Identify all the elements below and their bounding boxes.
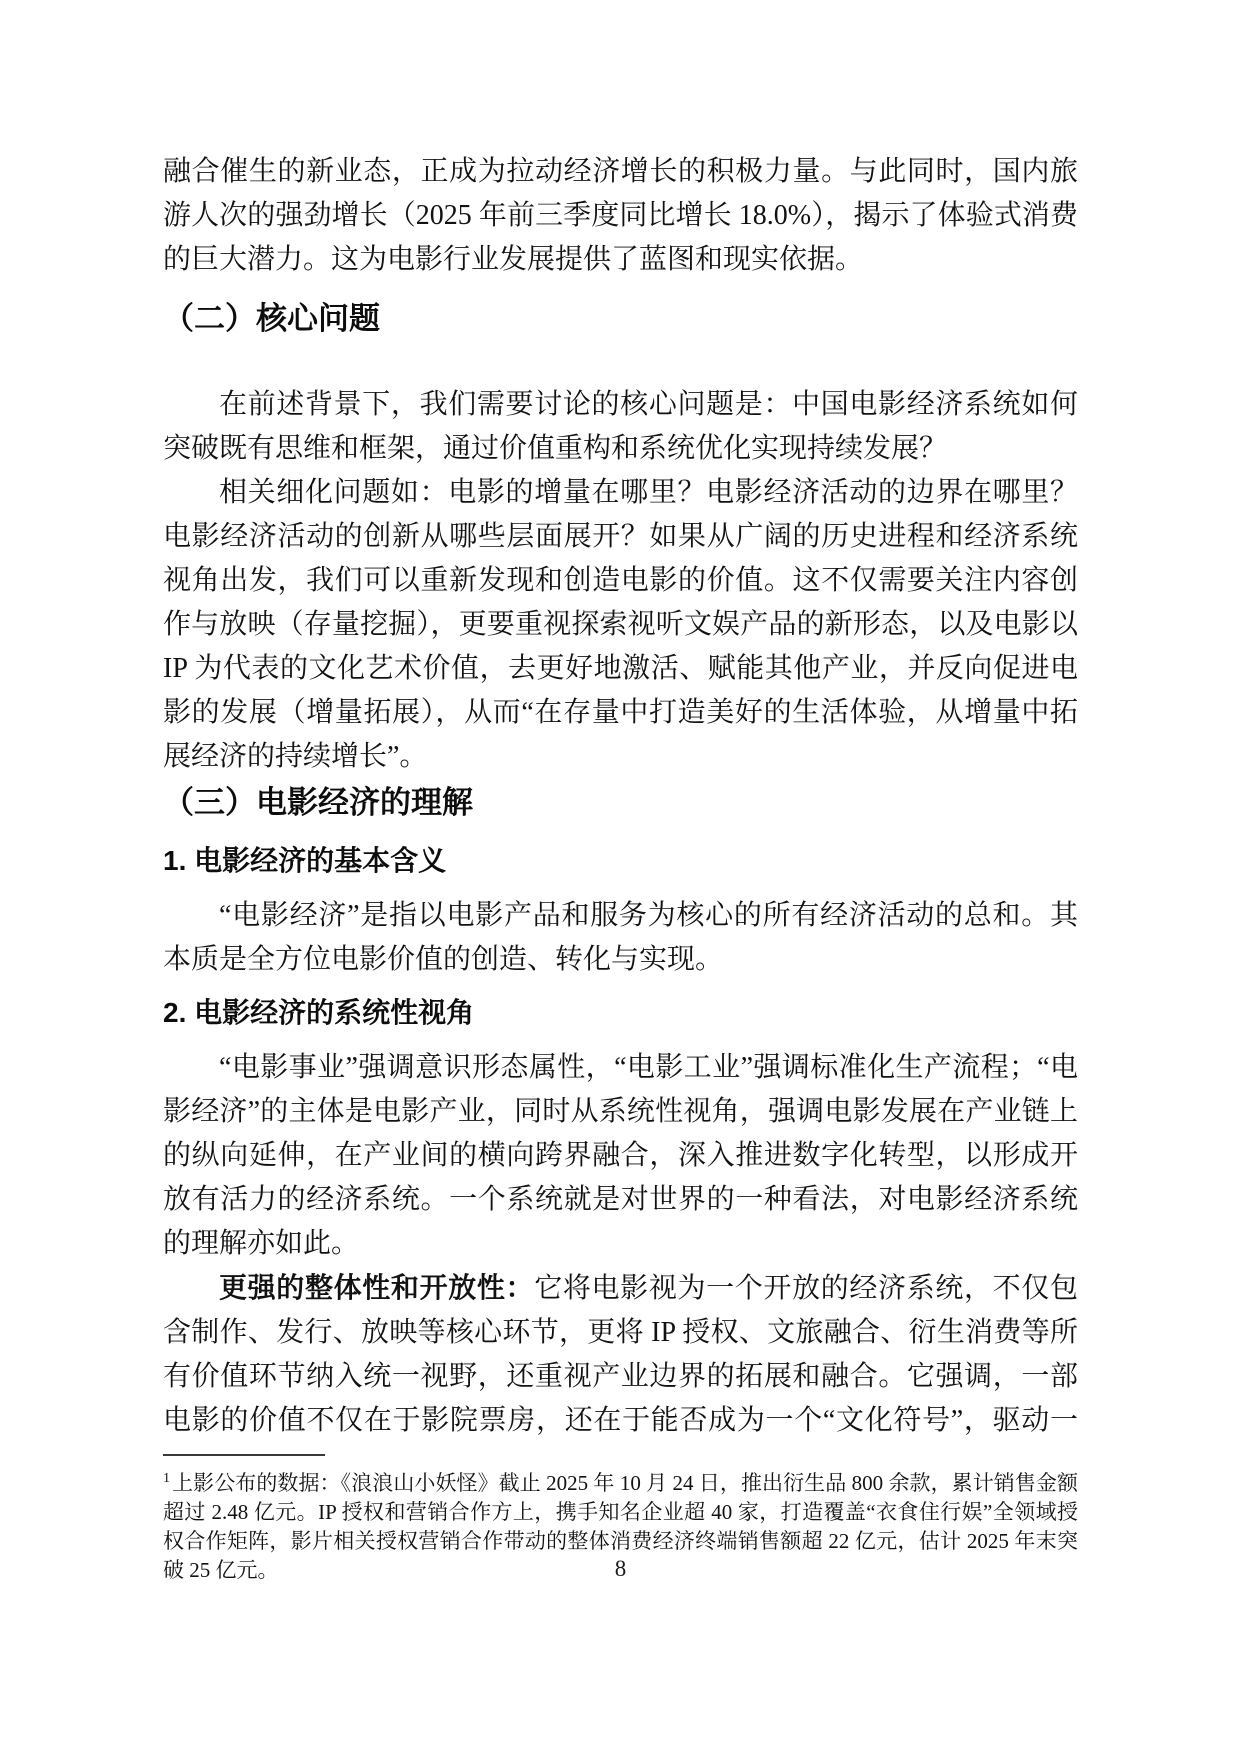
page-number: 8	[0, 1556, 1241, 1582]
subheading-basic-meaning: 1. 电影经济的基本含义	[163, 839, 1078, 883]
core-question-paragraph: 在前述背景下，我们需要讨论的核心问题是：中国电影经济系统如何突破既有思维和框架，…	[163, 383, 1078, 471]
document-page: 融合催生的新业态，正成为拉动经济增长的积极力量。与此同时，国内旅游人次的强劲增长…	[0, 0, 1241, 1754]
systemic-view-paragraph: “电影事业”强调意识形态属性，“电影工业”强调标准化生产流程；“电影经济”的主体…	[163, 1046, 1078, 1266]
basic-meaning-paragraph: “电影经济”是指以电影产品和服务为核心的所有经济活动的总和。其本质是全方位电影价…	[163, 894, 1078, 982]
detail-questions-paragraph: 相关细化问题如：电影的增量在哪里？电影经济活动的边界在哪里？电影经济活动的创新从…	[163, 471, 1078, 779]
footnote-1-marker: 1	[163, 1471, 170, 1486]
section-heading-film-economy-understanding: （三）电影经济的理解	[163, 779, 1078, 827]
holistic-openness-lead: 更强的整体性和开放性：	[219, 1272, 534, 1303]
intro-paragraph: 融合催生的新业态，正成为拉动经济增长的积极力量。与此同时，国内旅游人次的强劲增长…	[163, 150, 1078, 282]
page-body: 融合催生的新业态，正成为拉动经济增长的积极力量。与此同时，国内旅游人次的强劲增长…	[0, 0, 1241, 1443]
subheading-systemic-view: 2. 电影经济的系统性视角	[163, 991, 1078, 1035]
section-heading-core-question: （二）核心问题	[163, 295, 1078, 343]
holistic-openness-paragraph: 更强的整体性和开放性：它将电影视为一个开放的经济系统，不仅包含制作、发行、放映等…	[163, 1266, 1078, 1443]
footnote-separator	[163, 1454, 325, 1456]
